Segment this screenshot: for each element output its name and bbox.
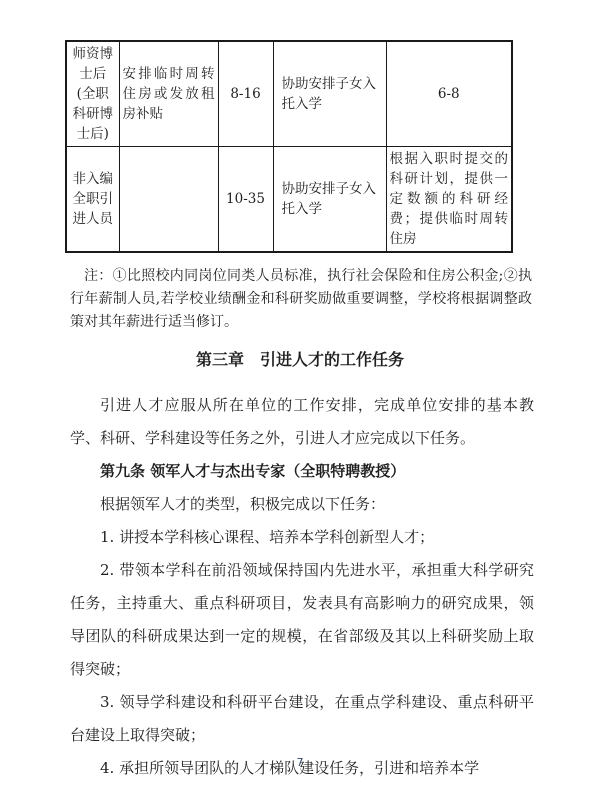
table-note: 注：①比照校内同岗位同类人员标准，执行社会保险和住房公积金;②执行年薪制人员,若… [70,265,532,334]
talent-benefits-table: 师资博士后(全职科研博士后) 安排临时周转住房或发放租房补贴 8-16 协助安排… [65,40,513,253]
table-row: 非入编全职引进人员 10-35 协助安排子女入托入学 根据入职时提交的科研计划，… [66,147,512,253]
body-paragraph: 引进人才应服从所在单位的工作安排，完成单位安排的基本教学、科研、学科建设等任务之… [70,389,534,455]
table-cell-funding: 根据入职时提交的科研计划，提供一定数额的科研经费；提供临时周转住房 [386,147,512,253]
list-item-2: 2. 带领本学科在前沿领域保持国内先进水平，承担重大科学研究任务，主持重大、重点… [70,554,534,686]
body-paragraph: 根据领军人才的类型，积极完成以下任务： [70,488,534,521]
table-cell-children: 协助安排子女入托入学 [273,41,386,147]
list-item-1: 1. 讲授本学科核心课程、培养本学科创新型人才； [70,521,534,554]
page-number: 7 [0,756,600,769]
article-9-heading: 第九条 领军人才与杰出专家（全职特聘教授） [70,455,534,488]
list-item-3: 3. 领导学科建设和科研平台建设，在重点学科建设、重点科研平台建设上取得突破； [70,686,534,752]
table-cell-housing: 安排临时周转住房或发放租房补贴 [119,41,218,147]
table-row: 师资博士后(全职科研博士后) 安排临时周转住房或发放租房补贴 8-16 协助安排… [66,41,512,147]
table-cell-children: 协助安排子女入托入学 [273,147,386,253]
table-cell-housing [119,147,218,253]
chapter-heading: 第三章 引进人才的工作任务 [0,348,600,372]
table-cell-salary-range: 10-35 [218,147,273,253]
table-cell-category: 非入编全职引进人员 [66,147,119,253]
document-page: 师资博士后(全职科研博士后) 安排临时周转住房或发放租房补贴 8-16 协助安排… [0,0,600,787]
table-cell-category: 师资博士后(全职科研博士后) [66,41,119,147]
table-cell-salary-range: 8-16 [218,41,273,147]
table-cell-funding: 6-8 [386,41,512,147]
body-text: 引进人才应服从所在单位的工作安排，完成单位安排的基本教学、科研、学科建设等任务之… [70,389,534,785]
